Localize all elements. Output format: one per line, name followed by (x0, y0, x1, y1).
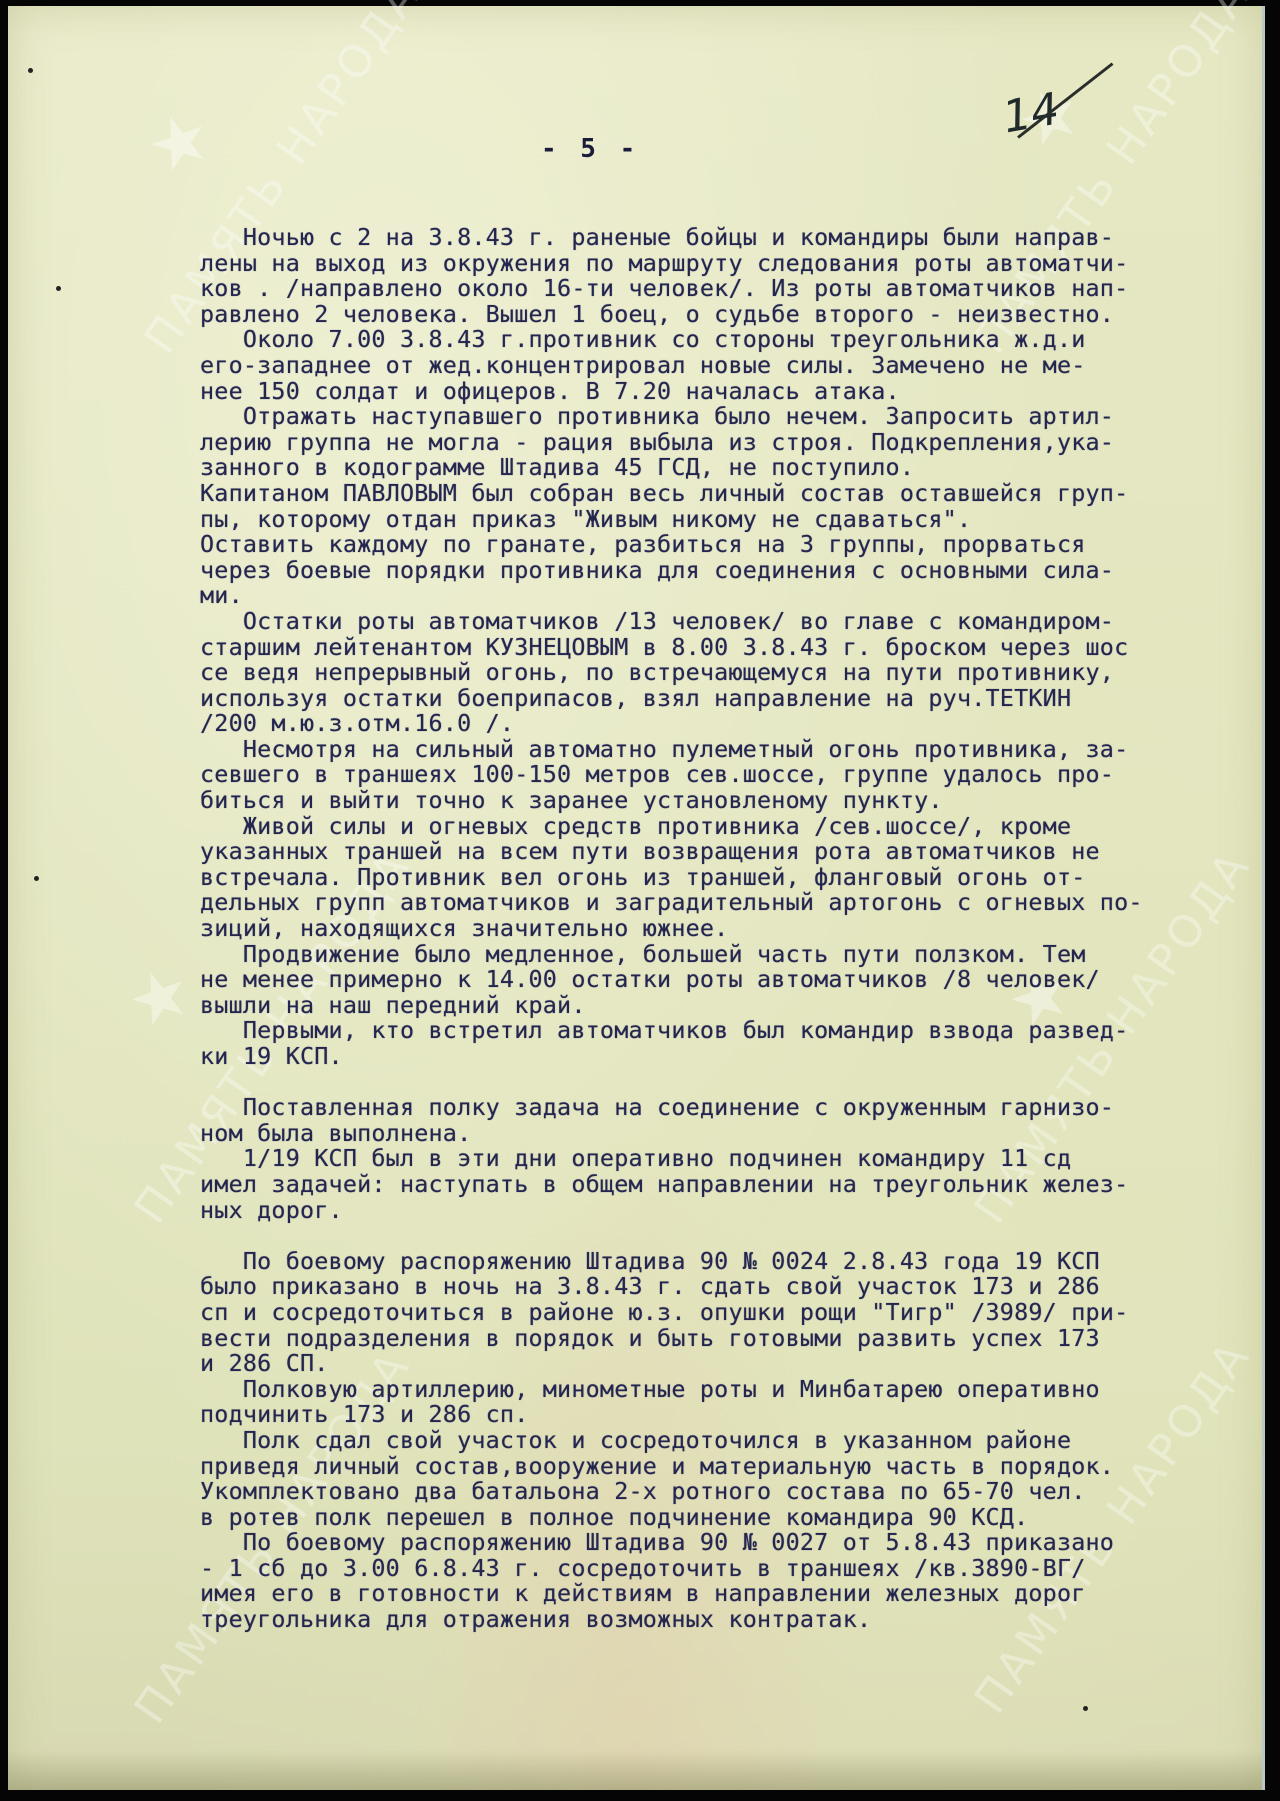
text-line: занного в кодограмме Штадива 45 ГСД, не … (200, 455, 1270, 481)
text-line: Капитаном ПАВЛОВЫМ был собран весь личны… (200, 481, 1270, 507)
text-line: Укомплектовано два батальона 2-х ротного… (200, 1479, 1270, 1505)
text-line: было приказано в ночь на 3.8.43 г. сдать… (200, 1274, 1270, 1300)
text-line: Остатки роты автоматчиков /13 человек/ в… (200, 609, 1270, 635)
text-line: севшего в траншеях 100-150 метров сев.шо… (200, 762, 1270, 788)
text-line: треугольника для отражения возможных кон… (200, 1607, 1270, 1633)
text-line: По боевому распоряжению Штадива 90 № 002… (200, 1249, 1270, 1275)
text-line: приведя личный состав,вооружение и матер… (200, 1454, 1270, 1480)
text-line: подчинить 173 и 286 сп. (200, 1402, 1270, 1428)
text-line: биться и выйти точно к заранее установле… (200, 788, 1270, 814)
text-line: ных дорог. (200, 1198, 1270, 1224)
text-line: ми. (200, 583, 1270, 609)
text-line: через боевые порядки противника для соед… (200, 558, 1270, 584)
text-line: Оставить каждому по гранате, разбиться н… (200, 532, 1270, 558)
text-line: нее 150 солдат и офицеров. В 7.20 начала… (200, 379, 1270, 405)
archive-page-number: 14 (999, 84, 1063, 144)
text-line: Поставленная полку задача на соединение … (200, 1095, 1270, 1121)
text-line: сп и сосредоточиться в районе ю.з. опушк… (200, 1300, 1270, 1326)
text-line: имея его в готовности к действиям в напр… (200, 1581, 1270, 1607)
text-line: лены на выход из окружения по маршруту с… (200, 251, 1270, 277)
text-line: равлено 2 человека. Вышел 1 боец, о судь… (200, 302, 1270, 328)
text-line: 1/19 КСП был в эти дни оперативно подчин… (200, 1146, 1270, 1172)
watermark-star-icon: ★ (136, 93, 223, 192)
text-line: имел задачей: наступать в общем направле… (200, 1172, 1270, 1198)
text-line: Живой силы и огневых средств противника … (200, 814, 1270, 840)
paper-speck (1083, 1706, 1088, 1711)
text-line: Отражать наступавшего противника было не… (200, 404, 1270, 430)
text-line: вести подразделения в порядок и быть гот… (200, 1326, 1270, 1352)
text-line: указанных траншей на всем пути возвращен… (200, 839, 1270, 865)
text-line: Продвижение было медленное, большей част… (200, 942, 1270, 968)
text-line: используя остатки боеприпасов, взял напр… (200, 686, 1270, 712)
watermark-star-icon: ★ (116, 948, 203, 1047)
text-line: Первыми, кто встретил автоматчиков был к… (200, 1018, 1270, 1044)
text-line: По боевому распоряжению Штадива 90 № 002… (200, 1530, 1270, 1556)
text-line: Полк сдал свой участок и сосредоточился … (200, 1428, 1270, 1454)
text-line: се ведя непрерывный огонь, по встречающе… (200, 660, 1270, 686)
paper-speck (28, 68, 33, 73)
text-line: вышли на наш передний край. (200, 993, 1270, 1019)
text-line: /200 м.ю.з.отм.16.0 /. (200, 711, 1270, 737)
text-line: ном была выполнена. (200, 1121, 1270, 1147)
paper-speck (34, 876, 39, 881)
text-line (200, 1070, 1270, 1096)
typewritten-text: Ночью с 2 на 3.8.43 г. раненые бойцы и к… (200, 225, 1270, 1633)
text-line: дельных групп автоматчиков и заградитель… (200, 890, 1270, 916)
text-line: Около 7.00 3.8.43 г.противник со стороны… (200, 327, 1270, 353)
text-line: старшим лейтенантом КУЗНЕЦОВЫМ в 8.00 3.… (200, 635, 1270, 661)
text-line (200, 1223, 1270, 1249)
text-line: пы, которому отдан приказ "Живым никому … (200, 507, 1270, 533)
text-line: в ротев полк перешел в полное подчинение… (200, 1505, 1270, 1531)
text-line: лерию группа не могла - рация выбыла из … (200, 430, 1270, 456)
text-line: Ночью с 2 на 3.8.43 г. раненые бойцы и к… (200, 225, 1270, 251)
text-line: и 286 СП. (200, 1351, 1270, 1377)
text-line: ки 19 КСП. (200, 1044, 1270, 1070)
paper-speck (56, 286, 61, 291)
text-line: встречала. Противник вел огонь из транше… (200, 865, 1270, 891)
text-line: зиций, находящихся значительно южнее. (200, 916, 1270, 942)
text-line: ков . /направлено около 16-ти человек/. … (200, 276, 1270, 302)
text-line: Полковую артиллерию, минометные роты и М… (200, 1377, 1270, 1403)
page-number: - 5 - (541, 134, 639, 164)
text-line: не менее примерно к 14.00 остатки роты а… (200, 967, 1270, 993)
text-line: Несмотря на сильный автоматно пулеметный… (200, 737, 1270, 763)
text-line: - 1 сб до 3.00 6.8.43 г. сосредоточить в… (200, 1556, 1270, 1582)
text-line: его-западнее от жед.концентрировал новые… (200, 353, 1270, 379)
